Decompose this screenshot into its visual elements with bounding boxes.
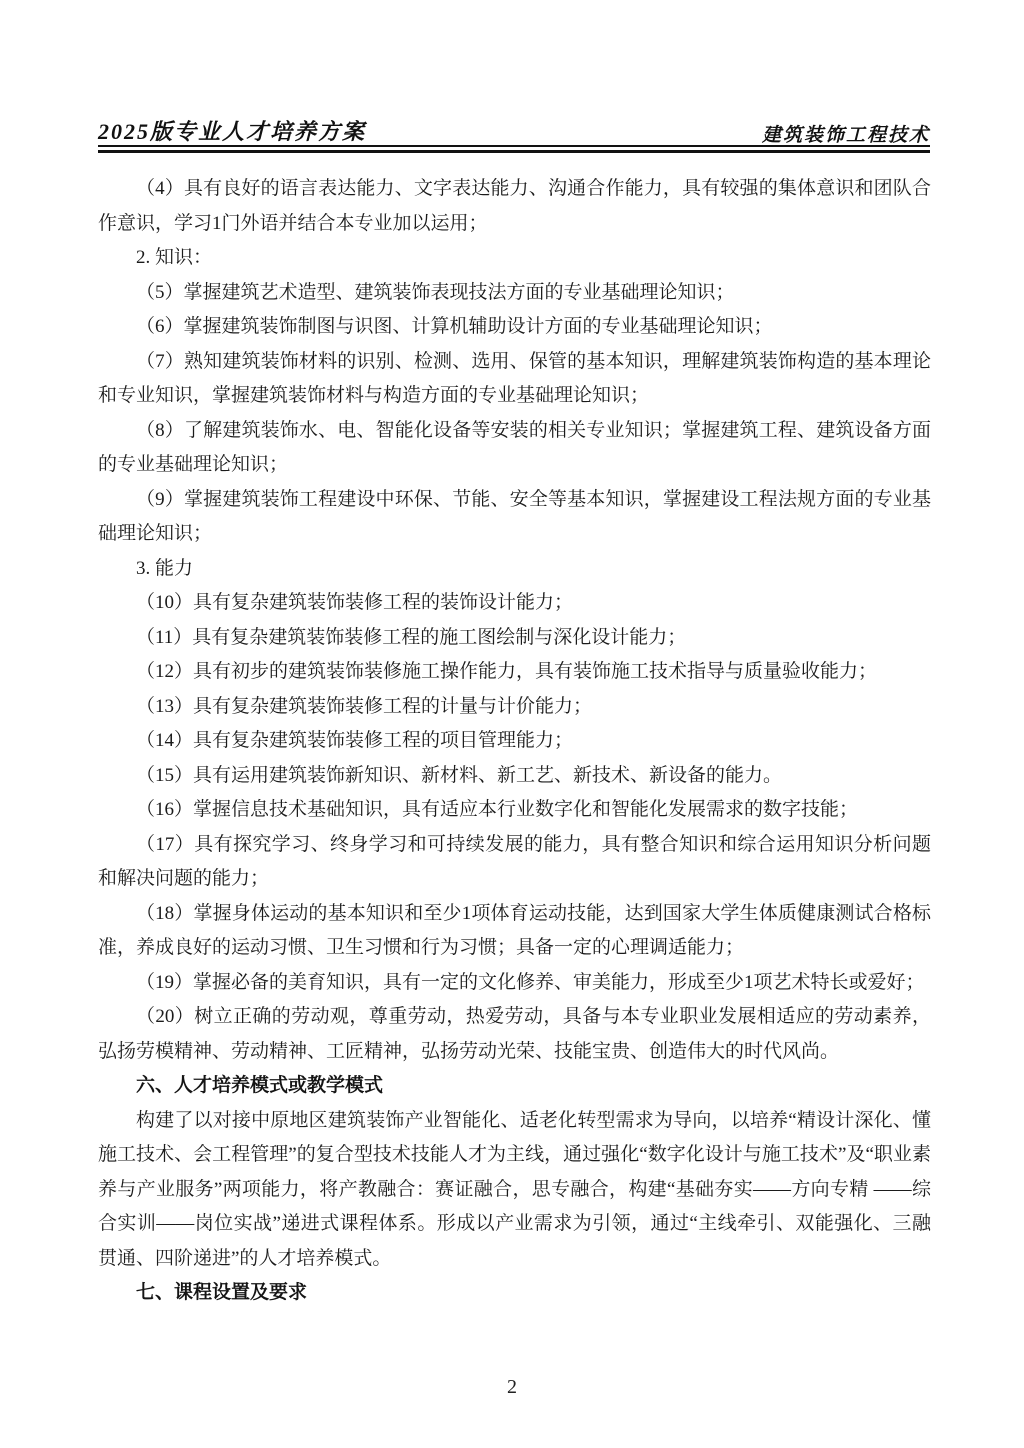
- paragraph: （7）熟知建筑装饰材料的识别、检测、选用、保管的基本知识，理解建筑装饰构造的基本…: [98, 345, 931, 414]
- paragraph: （14）具有复杂建筑装饰装修工程的项目管理能力；: [98, 724, 931, 759]
- paragraph: 2. 知识：: [98, 241, 931, 276]
- document-body: （4）具有良好的语言表达能力、文字表达能力、沟通合作能力，具有较强的集体意识和团…: [98, 172, 931, 1311]
- header-left-title: 2025版专业人才培养方案: [98, 115, 366, 146]
- paragraph: （12）具有初步的建筑装饰装修施工操作能力，具有装饰施工技术指导与质量验收能力；: [98, 655, 931, 690]
- paragraph: （6）掌握建筑装饰制图与识图、计算机辅助设计方面的专业基础理论知识；: [98, 310, 931, 345]
- paragraph: （18）掌握身体运动的基本知识和至少1项体育运动技能，达到国家大学生体质健康测试…: [98, 897, 931, 966]
- paragraph: （20）树立正确的劳动观，尊重劳动，热爱劳动，具备与本专业职业发展相适应的劳动素…: [98, 1000, 931, 1069]
- header-right-title: 建筑装饰工程技术: [762, 120, 930, 147]
- paragraph: （4）具有良好的语言表达能力、文字表达能力、沟通合作能力，具有较强的集体意识和团…: [98, 172, 931, 241]
- paragraph: （13）具有复杂建筑装饰装修工程的计量与计价能力；: [98, 690, 931, 725]
- paragraph: （8）了解建筑装饰水、电、智能化设备等安装的相关专业知识；掌握建筑工程、建筑设备…: [98, 414, 931, 483]
- paragraph: （5）掌握建筑艺术造型、建筑装饰表现技法方面的专业基础理论知识；: [98, 276, 931, 311]
- header-divider: [98, 145, 930, 153]
- paragraph: （11）具有复杂建筑装饰装修工程的施工图绘制与深化设计能力；: [98, 621, 931, 656]
- section-heading: 六、人才培养模式或教学模式: [98, 1069, 931, 1104]
- paragraph: （16）掌握信息技术基础知识，具有适应本行业数字化和智能化发展需求的数字技能；: [98, 793, 931, 828]
- paragraph: 构建了以对接中原地区建筑装饰产业智能化、适老化转型需求为导向，以培养“精设计深化…: [98, 1104, 931, 1277]
- paragraph: （9）掌握建筑装饰工程建设中环保、节能、安全等基本知识，掌握建设工程法规方面的专…: [98, 483, 931, 552]
- paragraph: 3. 能力: [98, 552, 931, 587]
- paragraph: （10）具有复杂建筑装饰装修工程的装饰设计能力；: [98, 586, 931, 621]
- page-number: 2: [0, 1376, 1024, 1399]
- document-page: 2025版专业人才培养方案 建筑装饰工程技术 （4）具有良好的语言表达能力、文字…: [0, 0, 1024, 1448]
- paragraph: （19）掌握必备的美育知识，具有一定的文化修养、审美能力，形成至少1项艺术特长或…: [98, 966, 931, 1001]
- paragraph: （15）具有运用建筑装饰新知识、新材料、新工艺、新技术、新设备的能力。: [98, 759, 931, 794]
- paragraph: （17）具有探究学习、终身学习和可持续发展的能力，具有整合知识和综合运用知识分析…: [98, 828, 931, 897]
- section-heading: 七、课程设置及要求: [98, 1276, 931, 1311]
